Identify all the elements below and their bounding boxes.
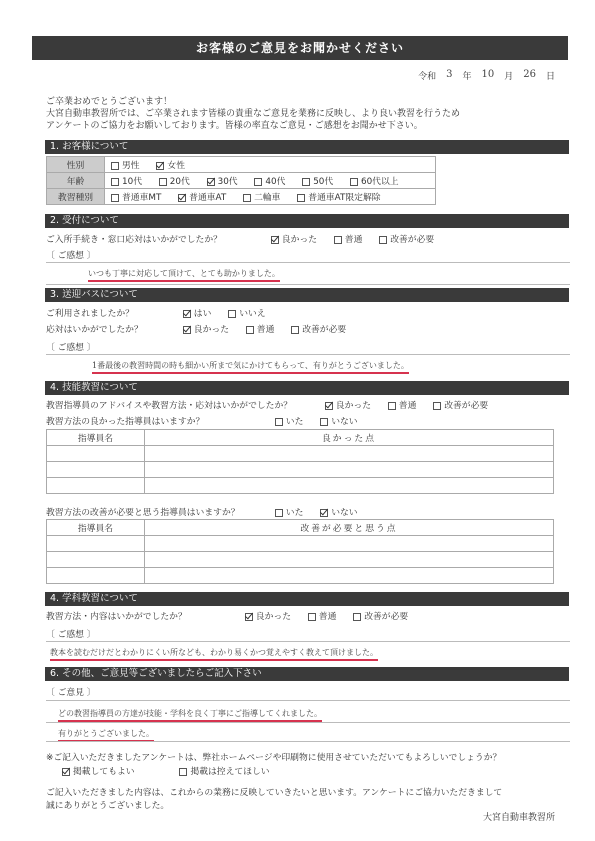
cell[interactable] bbox=[145, 478, 554, 494]
option-label: 良かった bbox=[282, 235, 317, 245]
cell[interactable] bbox=[145, 536, 554, 552]
divider bbox=[46, 354, 570, 355]
option-label: 良かった bbox=[194, 325, 229, 335]
checkbox-icon[interactable] bbox=[111, 162, 119, 170]
option-label: 改善が必要 bbox=[302, 325, 346, 335]
option-label: 10代 bbox=[122, 177, 142, 187]
skill-question: 教習指導員のアドバイスや教習方法・応対はいかがでしたか？ 良かった 普通 改善が… bbox=[46, 398, 502, 411]
checkbox-icon[interactable] bbox=[254, 178, 262, 186]
cell[interactable] bbox=[47, 478, 145, 494]
year-label: 年 bbox=[462, 69, 471, 82]
checked-checkbox-icon[interactable] bbox=[207, 178, 215, 186]
cell[interactable] bbox=[47, 446, 145, 462]
cell[interactable] bbox=[47, 536, 145, 552]
checkbox-icon[interactable] bbox=[179, 768, 187, 776]
cell[interactable] bbox=[145, 446, 554, 462]
checkbox-icon[interactable] bbox=[302, 178, 310, 186]
col-header-name: 指導員名 bbox=[47, 430, 145, 446]
era: 令和 bbox=[418, 69, 436, 82]
question-text: 教習方法の改善が必要と思う指導員はいますか？ bbox=[46, 505, 272, 518]
section-5-header: 4. 学科教習について bbox=[45, 592, 569, 606]
option-good[interactable]: 良かった bbox=[183, 322, 229, 335]
intro-line: アンケートのご協力をお願いしております。皆様の率直なご意見・ご感想をお聞かせ下さ… bbox=[46, 120, 556, 132]
comment-label: 〔 ご感想 〕 bbox=[46, 627, 96, 640]
option-label: 女性 bbox=[167, 161, 185, 171]
divider bbox=[46, 284, 570, 285]
academic-question: 教習方法・内容はいかがでしたか？ 良かった 普通 改善が必要 bbox=[46, 609, 422, 622]
checked-checkbox-icon[interactable] bbox=[320, 509, 328, 517]
option-improve[interactable]: 改善が必要 bbox=[353, 609, 408, 622]
good-instructor-table: 指導員名良かった点 bbox=[46, 429, 554, 494]
checkbox-icon[interactable] bbox=[379, 236, 387, 244]
section-4-header: 4. 技能教習について bbox=[45, 381, 569, 395]
option-label: 普通 bbox=[319, 612, 337, 622]
option-label: いた bbox=[286, 417, 304, 427]
option-label: 良かった bbox=[256, 612, 291, 622]
month-value[interactable]: 10 bbox=[482, 69, 495, 82]
checkbox-icon[interactable] bbox=[275, 418, 283, 426]
checkbox-icon[interactable] bbox=[111, 194, 119, 202]
checked-checkbox-icon[interactable] bbox=[62, 768, 70, 776]
improve-instructor-table: 指導員名改善が必要と思う点 bbox=[46, 519, 554, 584]
option-label: 60代以上 bbox=[361, 177, 399, 187]
option-normal[interactable]: 普通 bbox=[388, 398, 417, 411]
option-10s[interactable]: 10代 bbox=[111, 174, 142, 187]
checkbox-icon[interactable] bbox=[228, 310, 236, 318]
option-label: 掲載は控えてほしい bbox=[190, 767, 269, 777]
intro-line: 大宮自動車教習所では、ご卒業されます皆様の貴重なご意見を業務に反映し、より良い教… bbox=[46, 108, 556, 120]
bus-comment[interactable]: 1番最後の教習時間の時も細かい所まで気にかけてもらって、有りがとうございました。 bbox=[92, 360, 409, 374]
option-50s[interactable]: 50代 bbox=[302, 174, 333, 187]
cell[interactable] bbox=[47, 552, 145, 568]
question-text: ご利用されましたか？ bbox=[46, 306, 180, 319]
reception-question: ご入所手続き・窓口応対はいかがでしたか？ 良かった 普通 改善が必要 bbox=[46, 232, 448, 245]
comment-label: 〔 ご感想 〕 bbox=[46, 340, 96, 353]
option-label: 50代 bbox=[313, 177, 333, 187]
closing-text: ご記入いただきました内容は、これからの業務に反映していきたいと思います。アンケー… bbox=[46, 785, 502, 798]
option-male[interactable]: 男性 bbox=[111, 158, 140, 171]
option-label: 改善が必要 bbox=[364, 612, 408, 622]
question-text: ご入所手続き・窓口応対はいかがでしたか？ bbox=[46, 232, 268, 245]
option-normal[interactable]: 普通 bbox=[334, 232, 363, 245]
opinion-comment-1[interactable]: どの教習指導員の方達が技能・学科を良く丁寧にご指導してくれました。 bbox=[58, 708, 322, 722]
checkbox-icon[interactable] bbox=[308, 613, 316, 621]
option-yes[interactable]: いた bbox=[275, 505, 304, 518]
checked-checkbox-icon[interactable] bbox=[178, 194, 186, 202]
divider bbox=[46, 741, 570, 742]
opinion-comment-2[interactable]: 有りがとうございました。 bbox=[58, 728, 154, 742]
gender-options: 男性 女性 bbox=[105, 157, 436, 173]
option-label: 普通 bbox=[399, 401, 417, 411]
opinion-label: 〔 ご意見 〕 bbox=[46, 685, 96, 698]
checkbox-icon[interactable] bbox=[350, 178, 358, 186]
option-label: 普通車AT限定解除 bbox=[308, 193, 380, 203]
option-motorcycle[interactable]: 二輪車 bbox=[243, 190, 280, 203]
good-instructor-question: 教習方法の良かった指導員はいますか？ いた いない bbox=[46, 414, 372, 427]
section-1-header: 1. お客様について bbox=[45, 140, 569, 154]
option-deny[interactable]: 掲載は控えてほしい bbox=[179, 764, 269, 777]
option-label: 改善が必要 bbox=[390, 235, 434, 245]
intro-line: ご卒業おめでとうございます！ bbox=[46, 96, 556, 108]
school-name: 大宮自動車教習所 bbox=[483, 810, 555, 823]
option-mt[interactable]: 普通車MT bbox=[111, 190, 161, 203]
checkbox-icon[interactable] bbox=[291, 326, 299, 334]
course-label: 教習種別 bbox=[47, 189, 105, 205]
bus-service-question: 応対はいかがでしたか？ 良かった 普通 改善が必要 bbox=[46, 322, 360, 335]
option-good[interactable]: 良かった bbox=[245, 609, 291, 622]
divider bbox=[46, 262, 570, 263]
checkbox-icon[interactable] bbox=[334, 236, 342, 244]
option-60s[interactable]: 60代以上 bbox=[350, 174, 399, 187]
option-label: 40代 bbox=[265, 177, 285, 187]
option-good[interactable]: 良かった bbox=[271, 232, 317, 245]
checkbox-icon[interactable] bbox=[388, 402, 396, 410]
option-improve[interactable]: 改善が必要 bbox=[379, 232, 434, 245]
consent-question: ※ご記入いただきましたアンケートは、弊社ホームページや印刷物に使用させていただい… bbox=[46, 750, 501, 763]
checkbox-icon[interactable] bbox=[243, 194, 251, 202]
option-30s[interactable]: 30代 bbox=[207, 174, 238, 187]
section-6-header: 6. その他、ご意見等ございましたらご記入下さい bbox=[45, 667, 569, 681]
checkbox-icon[interactable] bbox=[246, 326, 254, 334]
month-label: 月 bbox=[504, 69, 513, 82]
section-3-header: 3. 送迎バスについて bbox=[45, 288, 569, 302]
gender-label: 性別 bbox=[47, 157, 105, 173]
closing-text: 誠にありがとうございました。 bbox=[46, 798, 169, 811]
option-label: はい bbox=[194, 309, 212, 319]
option-label: いない bbox=[331, 508, 357, 518]
option-normal[interactable]: 普通 bbox=[246, 322, 275, 335]
option-at[interactable]: 普通車AT bbox=[178, 190, 226, 203]
col-header-improve-points: 改善が必要と思う点 bbox=[145, 520, 554, 536]
checked-checkbox-icon[interactable] bbox=[245, 613, 253, 621]
option-20s[interactable]: 20代 bbox=[159, 174, 190, 187]
option-label: 普通 bbox=[345, 235, 363, 245]
checkbox-icon[interactable] bbox=[275, 509, 283, 517]
option-improve[interactable]: 改善が必要 bbox=[433, 398, 488, 411]
checked-checkbox-icon[interactable] bbox=[156, 162, 164, 170]
reception-comment[interactable]: いつも丁寧に対応して頂けて、とても助かりました。 bbox=[88, 268, 280, 282]
divider bbox=[46, 641, 570, 642]
bus-use-question: ご利用されましたか？ はい いいえ bbox=[46, 306, 280, 319]
option-label: いない bbox=[331, 417, 357, 427]
academic-comment[interactable]: 教本を読むだけだとわかりにくい所なども、わかり易くかつ覚えやすく教えて頂けました… bbox=[50, 647, 378, 661]
course-options: 普通車MT 普通車AT 二輪車 普通車AT限定解除 bbox=[105, 189, 436, 205]
option-no[interactable]: いいえ bbox=[228, 306, 265, 319]
age-options: 10代 20代 30代 40代 50代 60代以上 bbox=[105, 173, 436, 189]
cell[interactable] bbox=[145, 552, 554, 568]
age-label: 年齢 bbox=[47, 173, 105, 189]
option-label: 20代 bbox=[170, 177, 190, 187]
checkbox-icon[interactable] bbox=[111, 178, 119, 186]
day-label: 日 bbox=[546, 69, 555, 82]
option-normal[interactable]: 普通 bbox=[308, 609, 337, 622]
cell[interactable] bbox=[47, 462, 145, 478]
consent-options: 掲載してもよい 掲載は控えてほしい bbox=[62, 764, 284, 777]
option-label: いいえ bbox=[239, 309, 265, 319]
checkbox-icon[interactable] bbox=[159, 178, 167, 186]
question-text: 教習方法・内容はいかがでしたか？ bbox=[46, 609, 242, 622]
option-label: 男性 bbox=[122, 161, 140, 171]
option-label: いた bbox=[286, 508, 304, 518]
option-label: 普通車AT bbox=[189, 193, 226, 203]
day-value[interactable]: 26 bbox=[523, 69, 536, 82]
option-label: 普通車MT bbox=[122, 193, 161, 203]
checked-checkbox-icon[interactable] bbox=[271, 236, 279, 244]
checkbox-icon[interactable] bbox=[297, 194, 305, 202]
option-label: 改善が必要 bbox=[444, 401, 488, 411]
option-allow[interactable]: 掲載してもよい bbox=[62, 764, 135, 777]
divider bbox=[46, 700, 570, 701]
option-improve[interactable]: 改善が必要 bbox=[291, 322, 346, 335]
checked-checkbox-icon[interactable] bbox=[325, 402, 333, 410]
option-label: 普通 bbox=[257, 325, 275, 335]
option-yes[interactable]: いた bbox=[275, 414, 304, 427]
improve-instructor-question: 教習方法の改善が必要と思う指導員はいますか？ いた いない bbox=[46, 505, 372, 518]
date: 令和3年10月26日 bbox=[418, 69, 555, 82]
option-yes[interactable]: はい bbox=[183, 306, 212, 319]
option-label: 掲載してもよい bbox=[73, 767, 135, 777]
checked-checkbox-icon[interactable] bbox=[183, 310, 191, 318]
comment-label: 〔 ご感想 〕 bbox=[46, 248, 96, 261]
year-value[interactable]: 3 bbox=[446, 69, 452, 82]
cell[interactable] bbox=[145, 568, 554, 584]
col-header-good-points: 良かった点 bbox=[145, 430, 554, 446]
col-header-name: 指導員名 bbox=[47, 520, 145, 536]
checked-checkbox-icon[interactable] bbox=[183, 326, 191, 334]
option-no[interactable]: いない bbox=[320, 414, 357, 427]
option-label: 良かった bbox=[336, 401, 371, 411]
question-text: 教習指導員のアドバイスや教習方法・応対はいかがでしたか？ bbox=[46, 398, 322, 411]
customer-table: 性別 男性 女性 年齢 10代 20代 30代 40代 50代 60代以上 教習… bbox=[46, 156, 436, 205]
page-title: お客様のご意見をお聞かせください bbox=[32, 36, 568, 60]
checkbox-icon[interactable] bbox=[320, 418, 328, 426]
question-text: 応対はいかがでしたか？ bbox=[46, 322, 180, 335]
option-female[interactable]: 女性 bbox=[156, 158, 185, 171]
checkbox-icon[interactable] bbox=[433, 402, 441, 410]
cell[interactable] bbox=[145, 462, 554, 478]
option-40s[interactable]: 40代 bbox=[254, 174, 285, 187]
cell[interactable] bbox=[47, 568, 145, 584]
section-2-header: 2. 受付について bbox=[45, 214, 569, 228]
checkbox-icon[interactable] bbox=[353, 613, 361, 621]
intro: ご卒業おめでとうございます！大宮自動車教習所では、ご卒業されます皆様の貴重なご意… bbox=[46, 96, 556, 132]
question-text: 教習方法の良かった指導員はいますか？ bbox=[46, 414, 272, 427]
divider bbox=[46, 722, 570, 723]
option-label: 二輪車 bbox=[254, 193, 280, 203]
option-label: 30代 bbox=[218, 177, 238, 187]
option-good[interactable]: 良かった bbox=[325, 398, 371, 411]
option-at-removal[interactable]: 普通車AT限定解除 bbox=[297, 190, 380, 203]
option-no[interactable]: いない bbox=[320, 505, 357, 518]
